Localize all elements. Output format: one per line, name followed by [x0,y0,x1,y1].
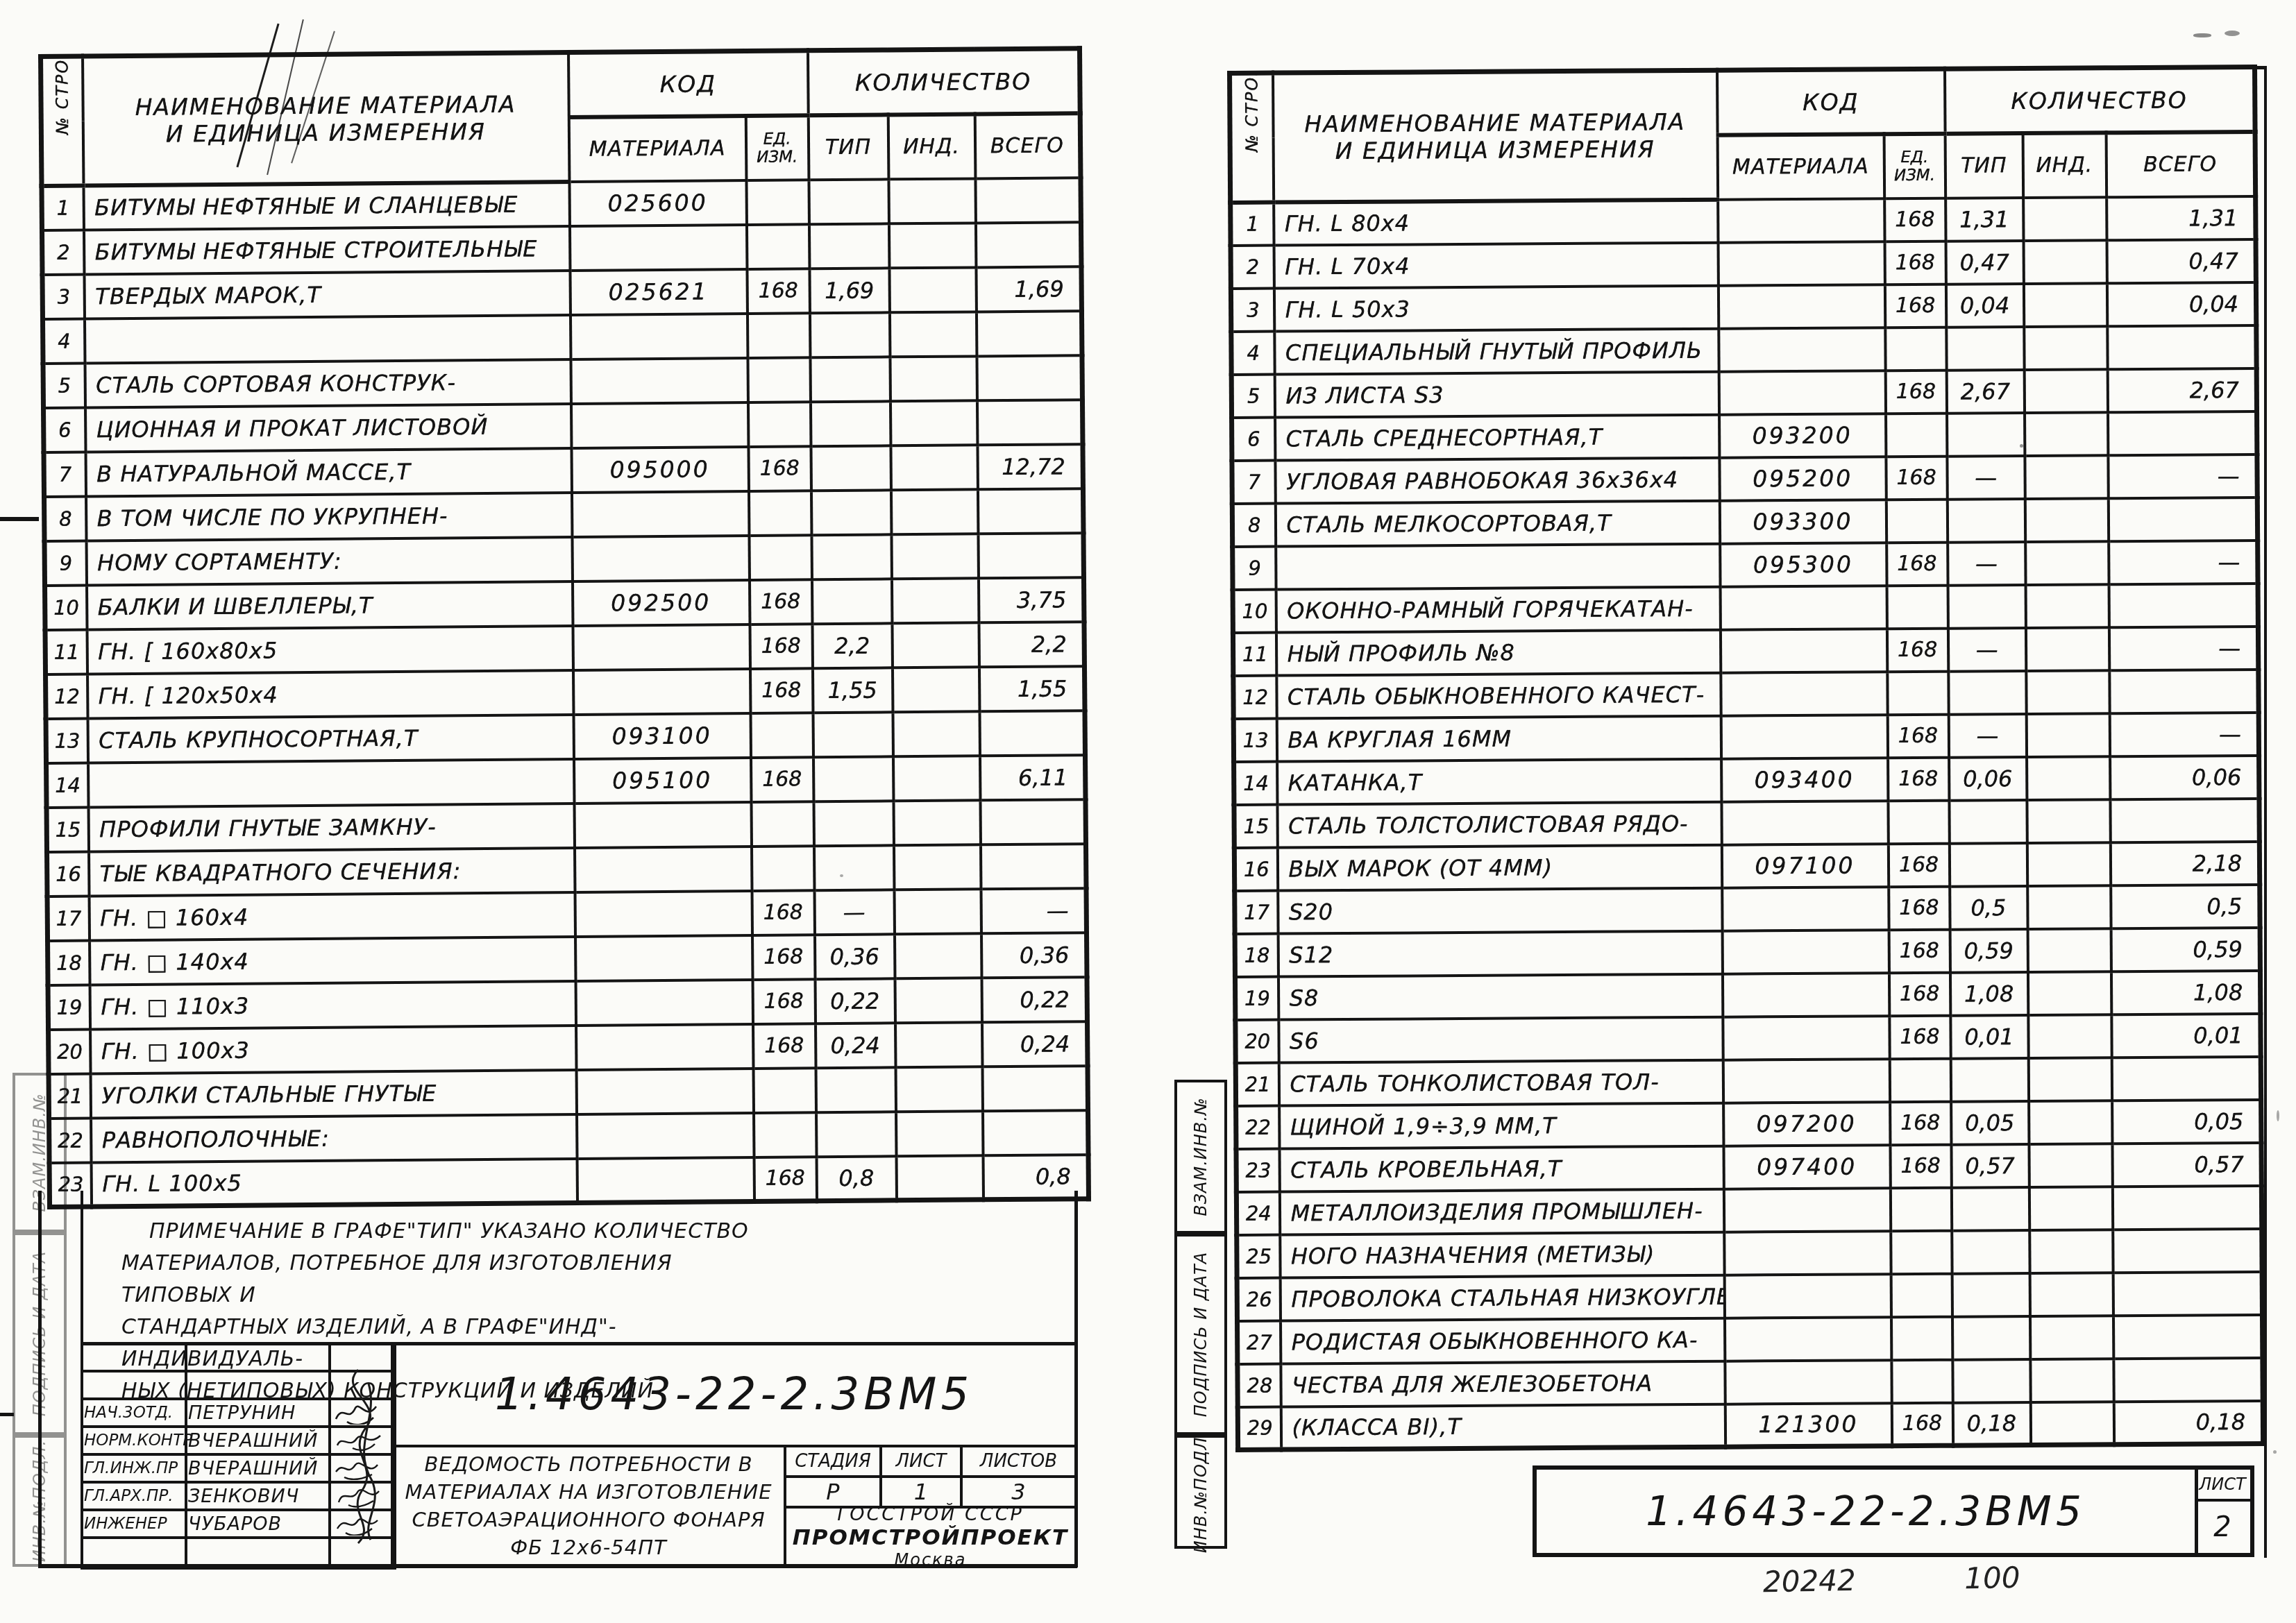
cell-total: 0,5 [2111,884,2260,928]
cell-ind [2027,756,2110,800]
table-row: 15СТАЛЬ ТОЛСТОЛИСТОВАЯ РЯДО- [1234,798,2259,847]
cell-tip [811,490,890,535]
cell-tip [1947,498,2025,542]
cell-total [2108,497,2257,541]
cell-name: ПРОВОЛОКА СТАЛЬНАЯ НИЗКОУГЛЕ- [1280,1275,1724,1320]
table-row: 17ГН. □ 160х4168—— [47,888,1086,941]
cell-unit [1891,1230,1952,1274]
cell-total [2107,325,2256,368]
cell-unit: 168 [1888,843,1949,887]
cell-tip: 0,24 [816,1023,895,1068]
footer-sheet-label: ЛИСТ [2195,1470,2250,1499]
cell-unit: 168 [1887,714,1948,758]
cell-code [1722,887,1889,931]
margin-box: ВЗАМ.ИНВ.№ [12,1073,67,1232]
sheets-value: 3 [963,1478,1074,1506]
cell-total [2111,1056,2261,1100]
table-row: 21УГОЛКИ СТАЛЬНЫЕ ГНУТЫЕ [49,1066,1088,1119]
cell-n: 6 [44,407,86,452]
cell-name: РАВНОПОЛОЧНЫЕ: [91,1114,577,1162]
cell-ind [2027,928,2111,972]
header-code: КОД [1717,69,1945,135]
cell-name: СТАЛЬ ТОНКОЛИСТОВАЯ ТОЛ- [1278,1060,1723,1105]
table-row: 18ГН. □ 140х41680,360,36 [48,933,1087,985]
cell-tip: 0,01 [1950,1014,2028,1058]
org-line: ГОССТРОЙ СССР [786,1504,1074,1525]
stage-label-cell: СТАДИЯ [784,1445,882,1478]
cell-name: ГН. L 70х4 [1274,242,1718,288]
cell-tip: 0,57 [1951,1144,2029,1187]
cell-tip: 2,2 [812,623,892,668]
cell-name: ГН. [ 160х80х5 [87,625,573,673]
cell-n: 20 [49,1029,91,1073]
cell-code [1722,973,1889,1017]
cell-tip: — [1948,541,2025,585]
cell-code [1722,930,1889,974]
cell-code: 025621 [570,269,747,314]
cell-name: УГОЛКИ СТАЛЬНЫЕ ГНУТЫЕ [90,1069,576,1117]
cell-total [975,222,1081,267]
doc-number: 1.4643-22-2.3ВМ5 [394,1345,1074,1445]
cell-unit: 168 [1888,757,1949,801]
cell-n: 19 [48,985,90,1029]
cell-ind [2025,584,2109,628]
cell-total: — [981,888,1087,933]
cell-total: 2,67 [2107,368,2256,411]
cell-total [979,711,1086,756]
cell-name: РОДИСТАЯ ОБЫКНОВЕННОГО КА- [1281,1318,1725,1363]
header-tip: ТИП [808,114,888,180]
cell-tip [813,756,893,801]
cell-n: 2 [42,230,84,274]
cell-unit [1886,499,1947,543]
corner-mark [2193,33,2211,37]
cell-unit [1888,800,1949,844]
header-unit: ЕД.ИЗМ. [1884,133,1945,198]
staff-role: ИНЖЕНЕР [82,1510,186,1538]
cell-n: 7 [44,452,86,496]
cell-code [571,402,748,448]
cell-unit [1889,1058,1950,1102]
sheets-label-cell: ЛИСТОВ [960,1445,1077,1478]
cell-ind [2026,670,2109,714]
cell-total: 0,04 [2107,282,2256,325]
cell-unit: 168 [1889,886,1950,930]
sheet-label: ЛИСТ [882,1447,960,1475]
cell-unit: 168 [1889,929,1950,973]
cell-n: 13 [46,718,88,763]
stage-label: СТАДИЯ [786,1447,879,1475]
sheet-frame-line [2264,66,2267,1558]
cell-n: 3 [42,274,85,318]
cell-unit: 168 [748,446,811,491]
cell-name: МЕТАЛЛОИЗДЕЛИЯ ПРОМЫШЛЕН- [1279,1189,1723,1234]
cell-ind [2030,1402,2113,1445]
cell-name: СТАЛЬ ОБЫКНОВЕННОГО КАЧЕСТ- [1276,672,1721,718]
cell-tip: 0,5 [1950,885,2027,929]
cell-ind [2025,498,2108,542]
cell-name: S12 [1278,931,1722,976]
cell-ind [2025,455,2108,499]
cell-total [977,400,1083,445]
cell-tip: 1,08 [1950,971,2027,1015]
table-row: 20S61680,010,01 [1235,1013,2261,1062]
scan-speck [2277,1110,2279,1121]
table-row: 7УГЛОВАЯ РАВНОБОКАЯ 36х36х4095200168—— [1232,454,2257,503]
table-row: 2ГН. L 70х41680,470,47 [1231,239,2256,288]
table-row: 19S81681,081,08 [1235,970,2260,1019]
cell-n: 28 [1238,1363,1281,1407]
cell-n: 1 [1231,202,1274,245]
cell-tip [809,179,888,224]
cell-n: 10 [1233,589,1276,632]
cell-total: 12,72 [977,444,1083,489]
cell-ind [893,800,980,845]
cell-code: 093300 [1719,500,1886,543]
cell-name: S6 [1278,1017,1723,1062]
cell-code [574,801,751,847]
cell-unit: 168 [1884,241,1945,284]
cell-tip: 0,22 [815,978,895,1023]
cell-tip [1949,842,2027,886]
cell-n: 15 [1234,804,1277,847]
cell-n: 16 [47,851,90,896]
cell-ind [893,844,980,890]
cell-tip [813,801,893,846]
cell-tip [811,579,891,624]
cell-total: 0,47 [2107,239,2256,282]
cell-unit: 168 [1891,1402,1952,1446]
footer-block: 1.4643-22-2.3ВМ5 ЛИСТ 2 [1533,1465,2254,1557]
cell-code: 095100 [573,757,750,803]
header-quantity: КОЛИЧЕСТВО [807,49,1080,115]
header-ind: ИНД. [888,114,975,179]
cell-total [2113,1314,2262,1358]
table-row: 26ПРОВОЛОКА СТАЛЬНАЯ НИЗКОУГЛЕ- [1237,1271,2262,1320]
header-code: КОД [568,51,809,117]
table-row: 10БАЛКИ И ШВЕЛЛЕРЫ,Т0925001683,75 [45,577,1084,630]
cell-total: 0,06 [2110,755,2259,799]
footer-doc-number-cell: 1.4643-22-2.3ВМ5 [1537,1470,2198,1553]
cell-name: (КЛАССА ВI),Т [1281,1404,1725,1450]
cell-unit [1891,1359,1952,1403]
cell-tip [809,223,888,269]
doc-title-line: МАТЕРИАЛАХ НА ИЗГОТОВЛЕНИЕ [394,1478,784,1506]
cell-ind [892,622,979,668]
cell-total [2112,1185,2261,1229]
cell-name: ГН. □ 100х3 [90,1025,576,1073]
cell-unit: 168 [750,757,813,802]
signature-flourish [310,1363,400,1550]
cell-name: ГН. □ 140х4 [90,936,575,984]
cell-tip [810,401,890,446]
cell-ind [888,223,975,268]
header-row-no: № СТРОКИ [1230,73,1274,202]
header-material-name: НАИМЕНОВАНИЕ МАТЕРИАЛА И ЕДИНИЦА ИЗМЕРЕН… [1273,70,1718,202]
cell-name: НЫЙ ПРОФИЛЬ №8 [1276,629,1720,675]
cell-code: 097400 [1723,1145,1890,1189]
cell-tip [1948,584,2025,628]
cell-ind [2025,412,2108,456]
cell-ind [2024,369,2107,413]
cell-n: 16 [1234,847,1277,890]
cell-ind [889,267,976,312]
cell-code [1721,715,1887,758]
staff-name: ЗЕНКОВИЧ [186,1482,330,1510]
cell-ind [2029,1187,2112,1230]
cell-code [1723,1059,1889,1103]
cell-total: 1,08 [2111,970,2260,1014]
cell-code: 093400 [1721,758,1888,801]
cell-n: 3 [1231,288,1274,331]
cell-tip: 1,69 [809,268,889,313]
margin-label: ПОДПИСЬ И ДАТА [30,1251,49,1416]
handwritten-number: 100 [1964,1561,2020,1595]
cell-name: ЦИОННАЯ И ПРОКАТ ЛИСТОВОЙ [85,403,571,451]
cell-ind [890,445,977,490]
cell-unit: 168 [753,1023,816,1069]
cell-code [1725,1360,1891,1404]
cell-code: 092500 [572,579,749,625]
cell-tip [1948,670,2026,714]
table-row: 18S121680,590,59 [1235,927,2260,976]
table-row: 19ГН. □ 110х31680,220,22 [48,977,1087,1030]
table-row: 25НОГО НАЗНАЧЕНИЯ (МЕТИЗЫ) [1237,1228,2262,1277]
table-row: 140951001686,11 [47,755,1086,808]
doc-title-line: ВЕДОМОСТЬ ПОТРЕБНОСТИ В [394,1450,784,1478]
stage-value: Р [786,1478,879,1506]
cell-code [1724,1317,1891,1361]
cell-total [2109,583,2258,627]
table-row: 3ГН. L 50х31680,040,04 [1231,282,2256,331]
table-row: 14КАТАНКА,Т0934001680,060,06 [1234,755,2259,804]
cell-code: 097200 [1723,1102,1890,1146]
cell-code [1724,1231,1891,1275]
cell-tip [1952,1273,2029,1316]
cell-tip [811,445,890,491]
cell-name: НОГО НАЗНАЧЕНИЯ (МЕТИЗЫ) [1280,1232,1724,1277]
cell-ind [2027,885,2111,929]
cell-code [1723,1016,1889,1060]
cell-tip [1952,1230,2029,1273]
cell-unit: 168 [1885,370,1946,414]
staff-name: ВЧЕРАШНИЙ [186,1454,330,1482]
doc-title-line: СВЕТОАЭРАЦИОННОГО ФОНАРЯ [394,1506,784,1533]
cell-total [2113,1357,2263,1401]
staff-name: ВЧЕРАШНИЙ [186,1427,330,1454]
cell-unit: 168 [752,890,814,935]
cell-code [577,1157,754,1203]
cell-tip: — [1948,713,2026,757]
table-row: 15ПРОФИЛИ ГНУТЫЕ ЗАМКНУ- [47,799,1086,852]
cell-ind [896,1111,983,1156]
cell-tip [809,312,889,357]
margin-box: ПОДПИСЬ И ДАТА [12,1232,67,1435]
header-code-sub: МАТЕРИАЛА [568,115,746,181]
cell-total: 0,59 [2111,927,2260,971]
table-row: 29(КЛАССА ВI),Т1213001680,180,18 [1238,1400,2263,1450]
cell-unit [751,846,813,891]
cell-unit [746,180,809,225]
cell-code: 097100 [1721,844,1888,887]
staff-role: НАЧ.3ОТД. [82,1399,186,1427]
cell-total: 1,31 [2107,196,2256,239]
margin-label: ИНВ.№ПОДЛ. [1191,1431,1210,1553]
cell-ind [2029,1101,2112,1144]
cell-total: 0,01 [2111,1013,2261,1057]
cell-n: 2 [1231,245,1274,288]
staff-name: ПЕТРУНИН [186,1399,330,1427]
cell-code [573,668,750,714]
margin-label: ПОДПИСЬ И ДАТА [1191,1252,1210,1417]
cell-unit: 168 [747,269,809,314]
cell-ind [2030,1359,2113,1402]
cell-name: ЧЕСТВА ДЛЯ ЖЕЛЕЗОБЕТОНА [1281,1361,1725,1407]
cell-tip [813,845,893,890]
table-row: 1ГН. L 80х41681,311,31 [1231,196,2256,245]
cell-ind [896,1155,983,1200]
footer-sheet-number-cell: 2 [2195,1502,2250,1553]
cell-unit [748,357,810,402]
cell-n: 26 [1237,1277,1280,1320]
cell-unit: 168 [1889,1015,1950,1059]
table-row: 23ГН. L 100х51680,80,8 [49,1155,1088,1207]
cell-unit [1886,585,1948,629]
cell-n: 7 [1232,460,1275,503]
staff-name: ЧУБАРОВ [186,1510,330,1538]
header-code-sub: МАТЕРИАЛА [1717,134,1884,199]
table-row: 6ЦИОННАЯ И ПРОКАТ ЛИСТОВОЙ [44,400,1083,452]
table-row: 8СТАЛЬ МЕЛКОСОРТОВАЯ,Т093300 [1232,497,2257,546]
note-line: МАТЕРИАЛОВ, ПОТРЕБНОЕ ДЛЯ ИЗГОТОВЛЕНИЯ Т… [121,1248,774,1311]
cell-ind [2023,240,2107,284]
cell-total: 1,55 [979,666,1085,711]
table-row: 13СТАЛЬ КРУПНОСОРТНАЯ,Т093100 [46,711,1085,763]
org-line: Москва [786,1550,1074,1570]
cell-name: ИЗ ЛИСТА S3 [1274,371,1719,417]
cell-code [1724,1274,1891,1318]
cell-name: В ТОМ ЧИСЛЕ ПО УКРУПНЕН- [86,492,572,540]
footer-sheet-label-cell: ЛИСТ [2195,1470,2250,1502]
cell-code [571,491,748,536]
cell-tip: 0,36 [814,934,894,979]
cell-total: 0,22 [981,977,1088,1022]
cell-n: 5 [43,363,85,407]
table-row: 9095300168—— [1233,540,2258,589]
sheet-frame-line [2235,66,2267,69]
cell-ind [895,1067,982,1112]
cell-total: 0,24 [981,1021,1088,1067]
organization-cell: ГОССТРОЙ СССР ПРОМСТРОЙПРОЕКТ Москва [784,1506,1077,1567]
cell-n: 8 [1232,503,1275,546]
margin-box: ИНВ.№ПОДЛ. [12,1435,67,1567]
cell-total: 0,05 [2112,1099,2261,1143]
cell-ind [2024,326,2107,370]
scan-speck [208,1322,212,1325]
cell-total [976,311,1082,356]
cell-n: 1 [42,185,84,230]
table-row: 16ВЫХ МАРОК (ОТ 4ММ)0971001682,18 [1234,841,2259,890]
cell-unit [748,402,810,447]
cell-code [569,224,746,270]
cell-ind [2027,971,2111,1015]
table-row: 28ЧЕСТВА ДЛЯ ЖЕЛЕЗОБЕТОНА [1238,1357,2263,1407]
margin-box: ПОДПИСЬ И ДАТА [1174,1234,1227,1435]
table-row: 24МЕТАЛЛОИЗДЕЛИЯ ПРОМЫШЛЕН- [1236,1185,2261,1234]
cell-code [573,624,750,670]
cell-tip: 2,67 [1946,369,2024,413]
cell-ind [893,756,979,801]
cell-name: БАЛКИ И ШВЕЛЛЕРЫ,Т [87,581,573,629]
cell-unit: 168 [1890,1144,1951,1188]
cell-total: — [2109,540,2258,584]
footer-sheet-number: 2 [2195,1502,2250,1553]
cell-ind [2026,713,2109,757]
cell-ind [2028,1014,2111,1058]
cell-n: 10 [45,585,87,629]
org-line: ПРОМСТРОЙПРОЕКТ [786,1525,1074,1550]
cell-code [575,890,752,936]
cell-name: СТАЛЬ КРОВЕЛЬНАЯ,Т [1279,1146,1723,1191]
cell-code [1719,328,1885,371]
cell-n: 18 [48,940,90,985]
cell-code [575,846,752,892]
cell-total: 0,18 [2113,1400,2263,1444]
cell-name: В НАТУРАЛЬНОЙ МАССЕ,Т [85,448,571,495]
table-row: 5СТАЛЬ СОРТОВАЯ КОНСТРУК- [43,355,1082,408]
scan-speck [444,208,447,211]
cell-ind [2023,197,2107,241]
cell-code [1720,586,1886,629]
cell-name: НОМУ СОРТАМЕНТУ: [86,536,572,584]
cell-code [1720,629,1886,672]
cell-tip [1947,412,2025,456]
cell-name: S8 [1278,974,1722,1019]
cell-name: ОКОННО-РАМНЫЙ ГОРЯЧЕКАТАН- [1276,586,1720,632]
note-line: ПРИМЕЧАНИЕ В ГРАФЕ"ТИП" УКАЗАНО КОЛИЧЕСТ… [121,1216,774,1248]
right-page: № СТРОКИ НАИМЕНОВАНИЕ МАТЕРИАЛА И ЕДИНИЦ… [1152,0,2296,1623]
cell-code: 121300 [1725,1403,1891,1447]
cell-total [977,488,1083,534]
cell-code [576,1068,753,1114]
cell-name [84,314,570,362]
cell-unit: 168 [1884,198,1945,241]
table-row: 10ОКОННО-РАМНЫЙ ГОРЯЧЕКАТАН- [1233,583,2258,632]
cell-n: 5 [1231,374,1274,417]
footer-doc-number: 1.4643-22-2.3ВМ5 [1537,1470,2195,1553]
staff-role: ГЛ.АРХ.ПР. [82,1482,186,1510]
header-total: ВСЕГО [974,113,1081,178]
cell-code [575,935,752,980]
table-row: 22РАВНОПОЛОЧНЫЕ: [49,1110,1088,1163]
table-row: 11ГН. [ 160х80х51682,22,2 [45,622,1084,674]
cell-n: 4 [42,318,85,363]
table-row: 12СТАЛЬ ОБЫКНОВЕННОГО КАЧЕСТ- [1233,669,2259,718]
header-ind: ИНД. [2023,133,2107,198]
cell-code [571,357,748,403]
table-row: 23СТАЛЬ КРОВЕЛЬНАЯ,Т0974001680,570,57 [1236,1142,2261,1191]
fold-tick [0,1413,14,1416]
cell-code [570,313,747,359]
header-material-name: НАИМЕНОВАНИЕ МАТЕРИАЛА И ЕДИНИЦА ИЗМЕРЕН… [83,53,569,185]
cell-unit [750,713,813,758]
cell-name: S20 [1278,887,1722,933]
cell-total [975,178,1081,223]
cell-n: 20 [1235,1019,1278,1062]
cell-unit: 168 [1886,456,1947,500]
cell-name: СТАЛЬ СОРТОВАЯ КОНСТРУК- [85,359,571,407]
cell-ind [890,400,977,445]
